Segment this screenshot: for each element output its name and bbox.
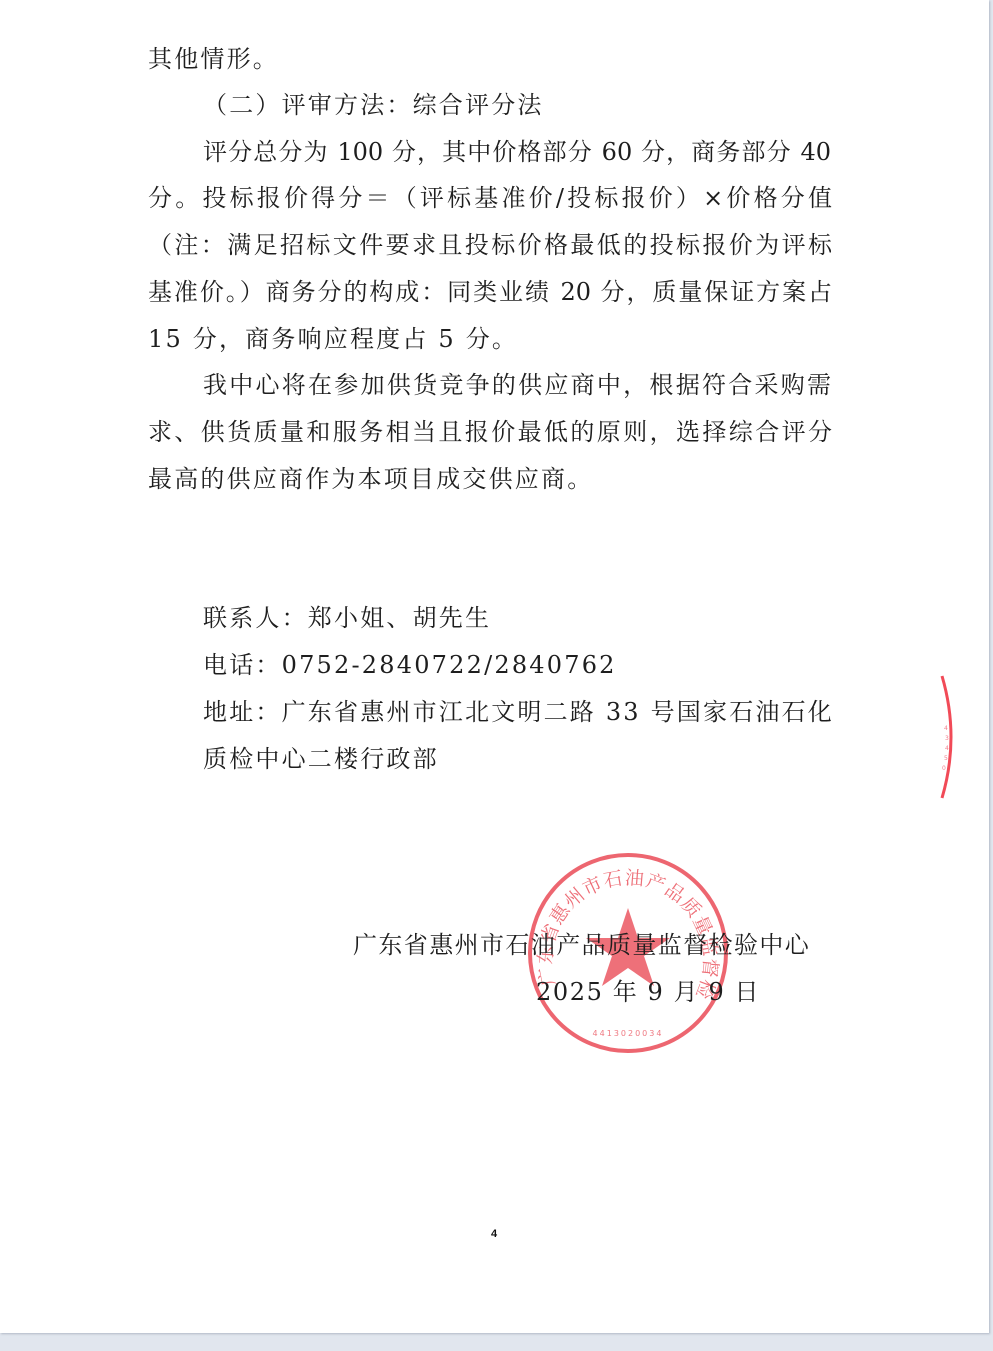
contact-address-cont: 质检中心二楼行政部 bbox=[203, 744, 439, 774]
seam-stamp-icon: 43450 bbox=[930, 672, 960, 802]
svg-text:5: 5 bbox=[944, 755, 948, 762]
signature-date: 2025 年 9 月 9 日 bbox=[536, 977, 760, 1007]
text-line: 其他情形。 bbox=[148, 44, 279, 74]
svg-text:3: 3 bbox=[945, 735, 949, 742]
contact-address: 地址：广东省惠州市江北文明二路 33 号国家石油石化 bbox=[203, 697, 834, 727]
page-number: 4 bbox=[491, 1228, 497, 1240]
svg-text:4: 4 bbox=[945, 745, 949, 752]
document-page: 其他情形。 （二）评审方法：综合评分法 评分总分为 100 分，其中价格部分 6… bbox=[0, 0, 989, 1333]
svg-text:4413020034: 4413020034 bbox=[593, 1029, 664, 1038]
text-line: 求、供货质量和服务相当且报价最低的原则，选择综合评分 bbox=[148, 417, 832, 447]
contact-phone: 电话：0752-2840722/2840762 bbox=[203, 650, 617, 680]
signature-organization: 广东省惠州市石油产品质量监督检验中心 bbox=[353, 930, 810, 960]
text-line: （注：满足招标文件要求且投标价格最低的投标报价为评标 bbox=[148, 230, 832, 260]
text-line: 评分总分为 100 分，其中价格部分 60 分，商务部分 40 bbox=[203, 137, 831, 167]
svg-text:4: 4 bbox=[944, 725, 948, 732]
section-heading: （二）评审方法：综合评分法 bbox=[203, 90, 544, 120]
text-line: 15 分，商务响应程度占 5 分。 bbox=[148, 324, 518, 354]
text-line: 分。投标报价得分＝（评标基准价/投标报价）×价格分值 bbox=[148, 183, 832, 213]
contact-person: 联系人：郑小姐、胡先生 bbox=[203, 603, 491, 633]
text-line: 基准价。）商务分的构成：同类业绩 20 分，质量保证方案占 bbox=[148, 277, 832, 307]
svg-text:0: 0 bbox=[942, 765, 946, 772]
text-line: 我中心将在参加供货竞争的供应商中，根据符合采购需 bbox=[203, 370, 831, 400]
text-line: 最高的供应商作为本项目成交供应商。 bbox=[148, 464, 593, 494]
